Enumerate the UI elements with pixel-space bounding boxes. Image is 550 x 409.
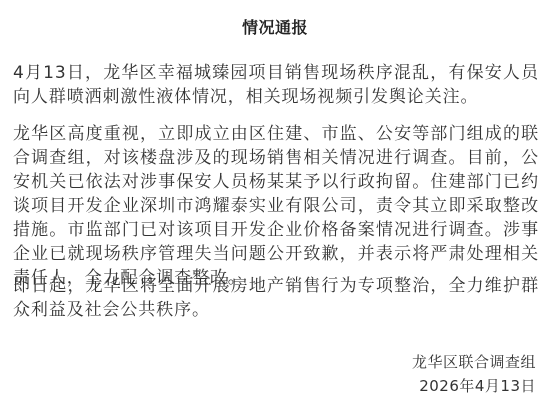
issue-date: 2026年4月13日 [412, 374, 536, 398]
paragraph-incident: 4月13日，龙华区幸福城臻园项目销售现场秩序混乱，有保安人员向人群喷洒刺激性液体… [13, 61, 539, 109]
signature-block: 龙华区联合调查组 2026年4月13日 [412, 350, 536, 398]
issuer-name: 龙华区联合调查组 [412, 350, 536, 374]
notice-document: 情况通报 4月13日，龙华区幸福城臻园项目销售现场秩序混乱，有保安人员向人群喷洒… [0, 0, 550, 409]
paragraph-investigation: 龙华区高度重视，立即成立由区住建、市监、公安等部门组成的联合调查组，对该楼盘涉及… [13, 122, 539, 290]
paragraph-rectification: 即日起，龙华区将全面开展房地产销售行为专项整治，全力维护群众利益及社会公共秩序。 [13, 274, 539, 322]
document-title: 情况通报 [0, 17, 550, 39]
